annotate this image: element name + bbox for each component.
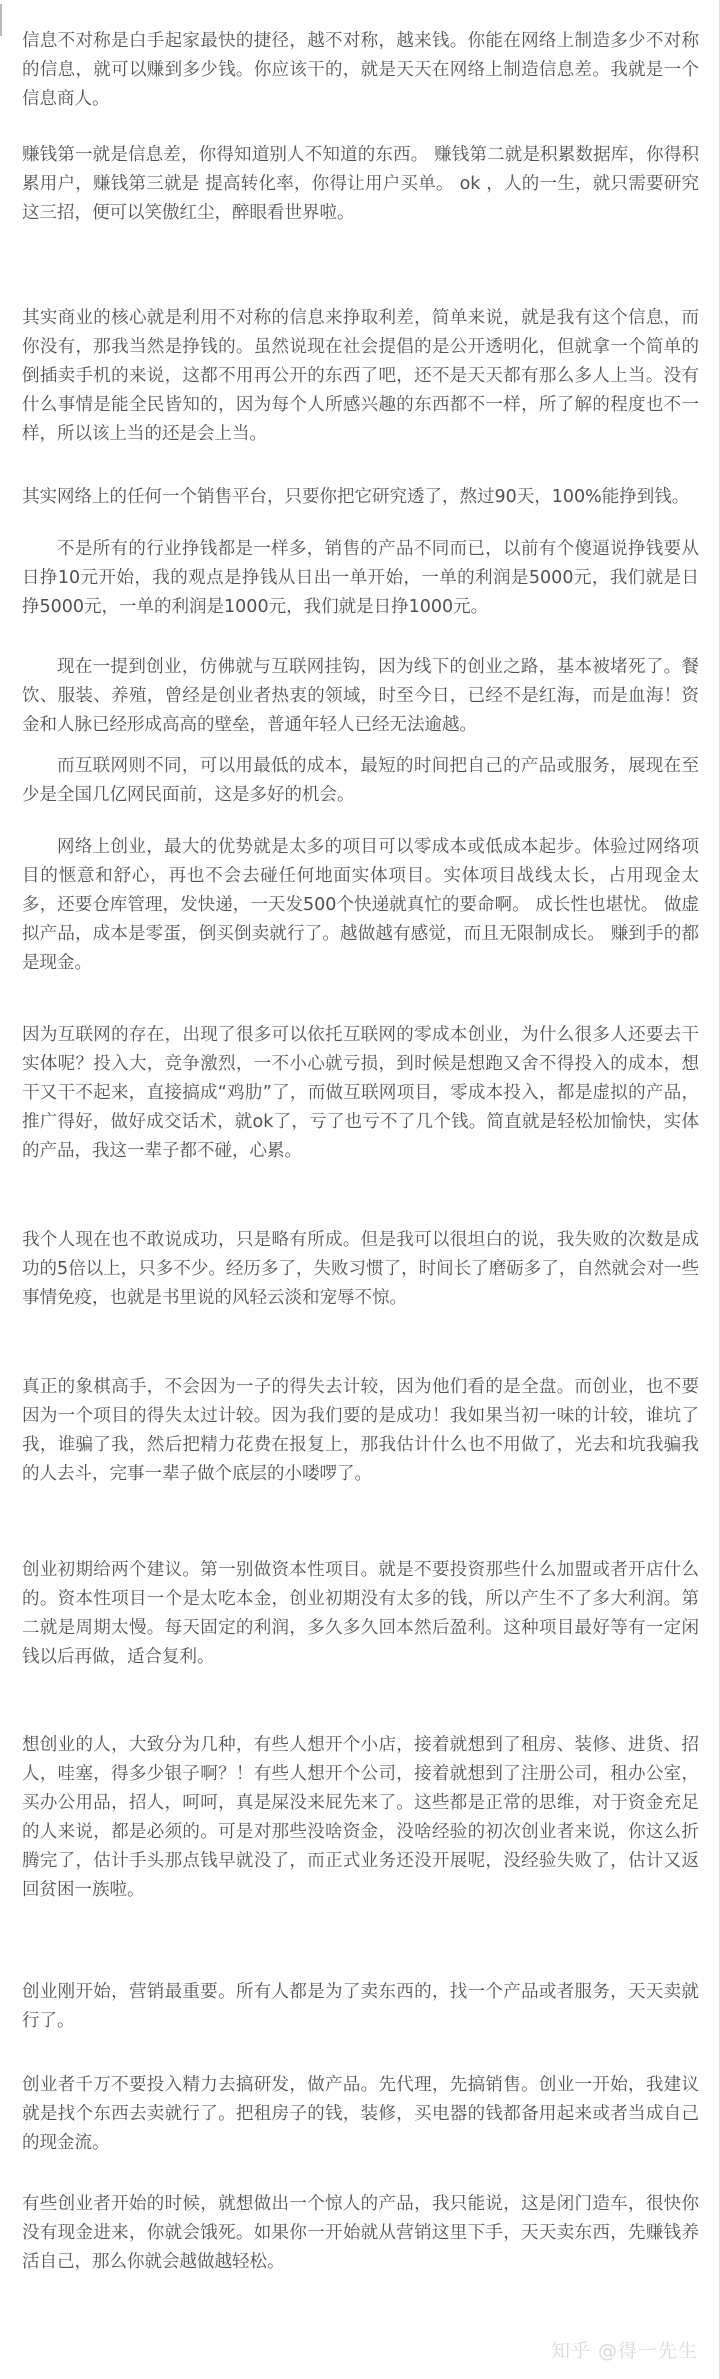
article-body: 信息不对称是白手起家最快的捷径，越不对称，越来钱。你能在网络上制造多少不对称的信… <box>0 0 720 2277</box>
paragraph-6: 现在一提到创业，仿佛就与互联网挂钩，因为线下的创业之路，基本被堵死了。餐饮、服装… <box>22 653 699 740</box>
paragraph-7: 而互联网则不同，可以用最低的成本，最短的时间把自己的产品或服务，展现在至少是全国… <box>22 752 699 810</box>
article-page: 信息不对称是白手起家最快的捷径，越不对称，越来钱。你能在网络上制造多少不对称的信… <box>0 0 720 2379</box>
paragraph-8: 网络上创业，最大的优势就是太多的项目可以零成本或低成本起步。体验过网络项目的惬意… <box>22 833 699 978</box>
paragraph-2: 赚钱第一就是信息差，你得知道别人不知道的东西。 赚钱第二就是积累数据库，你得积累… <box>22 141 699 228</box>
left-edge-artifact <box>0 4 2 36</box>
paragraph-3: 其实商业的核心就是利用不对称的信息来挣取利差，简单来说，就是我有这个信息，而你没… <box>22 304 699 449</box>
paragraph-10: 我个人现在也不敢说成功，只是略有所成。但是我可以很坦白的说，我失败的次数是成功的… <box>22 1226 699 1313</box>
paragraph-11: 真正的象棋高手，不会因为一子的得失去计较，因为他们看的是全盘。而创业，也不要因为… <box>22 1373 699 1489</box>
paragraph-9: 因为互联网的存在，出现了很多可以依托互联网的零成本创业，为什么很多人还要去干实体… <box>22 1021 699 1166</box>
zhihu-watermark: 知乎 @得一先生 <box>551 2336 698 2363</box>
paragraph-15: 创业者千万不要投入精力去搞研发，做产品。先代理，先搞销售。创业一开始，我建议就是… <box>22 2071 699 2158</box>
paragraph-13: 想创业的人，大致分为几种，有些人想开个小店，接着就想到了租房、装修、进货、招人，… <box>22 1731 699 1905</box>
paragraph-16: 有些创业者开始的时候，就想做出一个惊人的产品，我只能说，这是闭门造车，很快你没有… <box>22 2190 699 2277</box>
paragraph-1: 信息不对称是白手起家最快的捷径，越不对称，越来钱。你能在网络上制造多少不对称的信… <box>22 27 699 114</box>
paragraph-5: 不是所有的行业挣钱都是一样多，销售的产品不同而已，以前有个傻逼说挣钱要从日挣10… <box>22 535 699 622</box>
paragraph-12: 创业初期给两个建议。第一别做资本性项目。就是不要投资那些什么加盟或者开店什么的。… <box>22 1556 699 1672</box>
paragraph-4: 其实网络上的任何一个销售平台，只要你把它研究透了，熬过90天，100%能挣到钱。 <box>22 483 699 512</box>
paragraph-14: 创业刚开始，营销最重要。所有人都是为了卖东西的，找一个产品或者服务，天天卖就行了… <box>22 1978 699 2036</box>
